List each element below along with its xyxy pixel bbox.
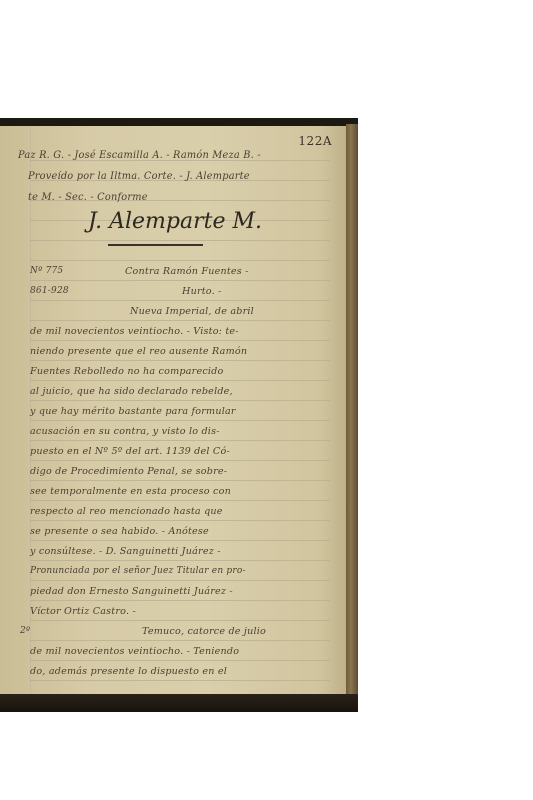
ruled-line xyxy=(30,680,330,681)
body-line: de mil novecientos veintiocho. - Visto: … xyxy=(30,326,239,337)
ruled-line xyxy=(30,440,330,441)
book-edge xyxy=(346,124,358,704)
ruled-line xyxy=(30,620,330,621)
body-line: Fuentes Rebolledo no ha comparecido xyxy=(30,366,223,377)
case-title: Contra Ramón Fuentes - xyxy=(125,266,249,277)
body-line: acusación en su contra, y visto lo dis- xyxy=(30,426,220,437)
ruled-line xyxy=(30,300,330,301)
header-line: Proveído por la Iltma. Corte. - J. Alemp… xyxy=(28,171,250,182)
ruled-line xyxy=(30,420,330,421)
body-line: see temporalmente en esta proceso con xyxy=(30,486,231,497)
header-line: te M. - Sec. - Conforme xyxy=(28,192,148,203)
ruled-line xyxy=(30,600,330,601)
entry-marker: 2º xyxy=(20,626,30,636)
ruled-line xyxy=(30,260,330,261)
ruled-line xyxy=(30,580,330,581)
page-number: 122A xyxy=(298,134,332,148)
body-line: piedad don Ernesto Sanguinetti Juárez - xyxy=(30,586,233,597)
ruled-line xyxy=(30,380,330,381)
ruled-line xyxy=(30,320,330,321)
header-line: Paz R. G. - José Escamilla A. - Ramón Me… xyxy=(18,150,261,161)
second-entry-line: do, además presente lo dispuesto en el xyxy=(30,666,227,677)
ruled-line xyxy=(30,640,330,641)
ruled-line xyxy=(30,520,330,521)
signature: J. Alemparte M. xyxy=(88,209,262,234)
ruled-line xyxy=(30,540,330,541)
ruled-line xyxy=(30,240,330,241)
case-number: Nº 775 xyxy=(30,266,63,276)
case-reference: 861-928 xyxy=(30,286,69,296)
ruled-line xyxy=(30,280,330,281)
body-line: y que hay mérito bastante para formular xyxy=(30,406,236,417)
signature-underline xyxy=(108,244,203,246)
body-line: puesto en el Nº 5º del art. 1139 del Có- xyxy=(30,446,230,457)
ledger-page: 122A Paz R. G. - José Escamilla A. - Ram… xyxy=(0,126,346,696)
ruled-line xyxy=(30,340,330,341)
ruled-line xyxy=(30,460,330,461)
body-line: Víctor Ortiz Castro. - xyxy=(30,606,136,617)
body-line: y consúltese. - D. Sanguinetti Juárez - xyxy=(30,546,221,557)
body-line: Nueva Imperial, de abril xyxy=(130,306,254,317)
body-line: Pronunciada por el señor Juez Titular en… xyxy=(30,566,246,576)
document-photo: 122A Paz R. G. - José Escamilla A. - Ram… xyxy=(0,118,358,712)
body-line: niendo presente que el reo ausente Ramón xyxy=(30,346,247,357)
body-line: al juicio, que ha sido declarado rebelde… xyxy=(30,386,233,397)
second-entry-line: Temuco, catorce de julio xyxy=(142,626,266,637)
ruled-line xyxy=(30,480,330,481)
body-line: digo de Procedimiento Penal, se sobre- xyxy=(30,466,227,477)
ruled-line xyxy=(30,660,330,661)
book-bottom-shadow xyxy=(0,694,358,712)
second-entry-line: de mil novecientos veintiocho. - Teniend… xyxy=(30,646,239,657)
body-line: respecto al reo mencionado hasta que xyxy=(30,506,223,517)
ruled-line xyxy=(30,360,330,361)
ruled-line xyxy=(30,560,330,561)
body-line: se presente o sea habido. - Anótese xyxy=(30,526,209,537)
case-subject: Hurto. - xyxy=(182,286,222,297)
ruled-line xyxy=(30,500,330,501)
ruled-line xyxy=(30,400,330,401)
